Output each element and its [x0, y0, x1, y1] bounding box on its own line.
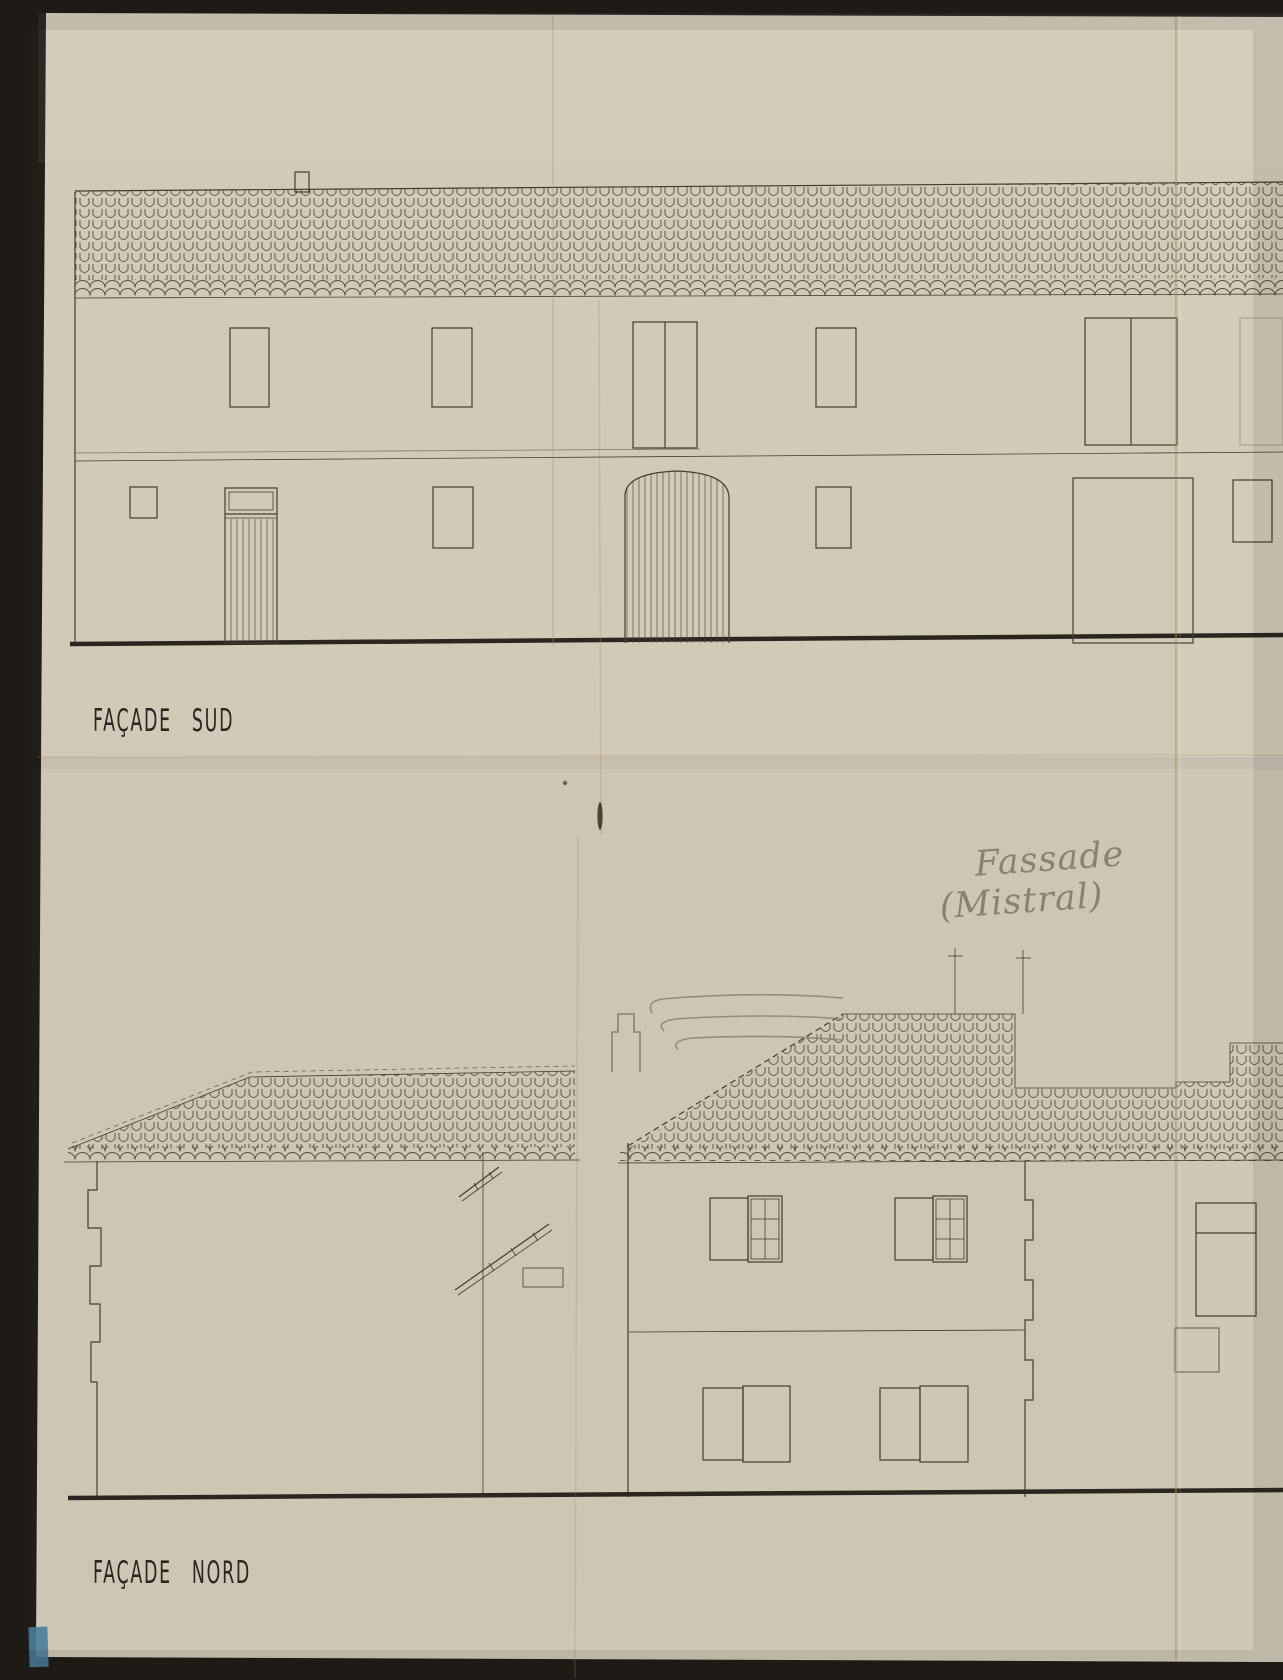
south-facade-label-text: FAÇADE SUD [93, 701, 234, 738]
south-facade-label: FAÇADE SUD [93, 701, 234, 738]
fold-shadow-horizontal [38, 757, 1283, 769]
north-leanto-eave-scallops [68, 1146, 575, 1160]
north-main-eave-scallops [620, 1146, 1283, 1161]
paper-speck [563, 781, 567, 785]
elevation-drawing-svg: FAÇADE SUD [0, 0, 1283, 1680]
paper-tone-top [38, 13, 1283, 163]
south-roof-tiles [75, 182, 1283, 280]
south-roof-eave-scallops [75, 279, 1283, 296]
north-facade-label: FAÇADE NORD [93, 1553, 251, 1590]
north-facade-label-text: FAÇADE NORD [93, 1553, 251, 1590]
scanned-drawing-photo: FAÇADE SUD [0, 0, 1283, 1680]
south-ground-arched-barn-door [625, 471, 729, 643]
fold-center-ink-blot [597, 802, 602, 830]
